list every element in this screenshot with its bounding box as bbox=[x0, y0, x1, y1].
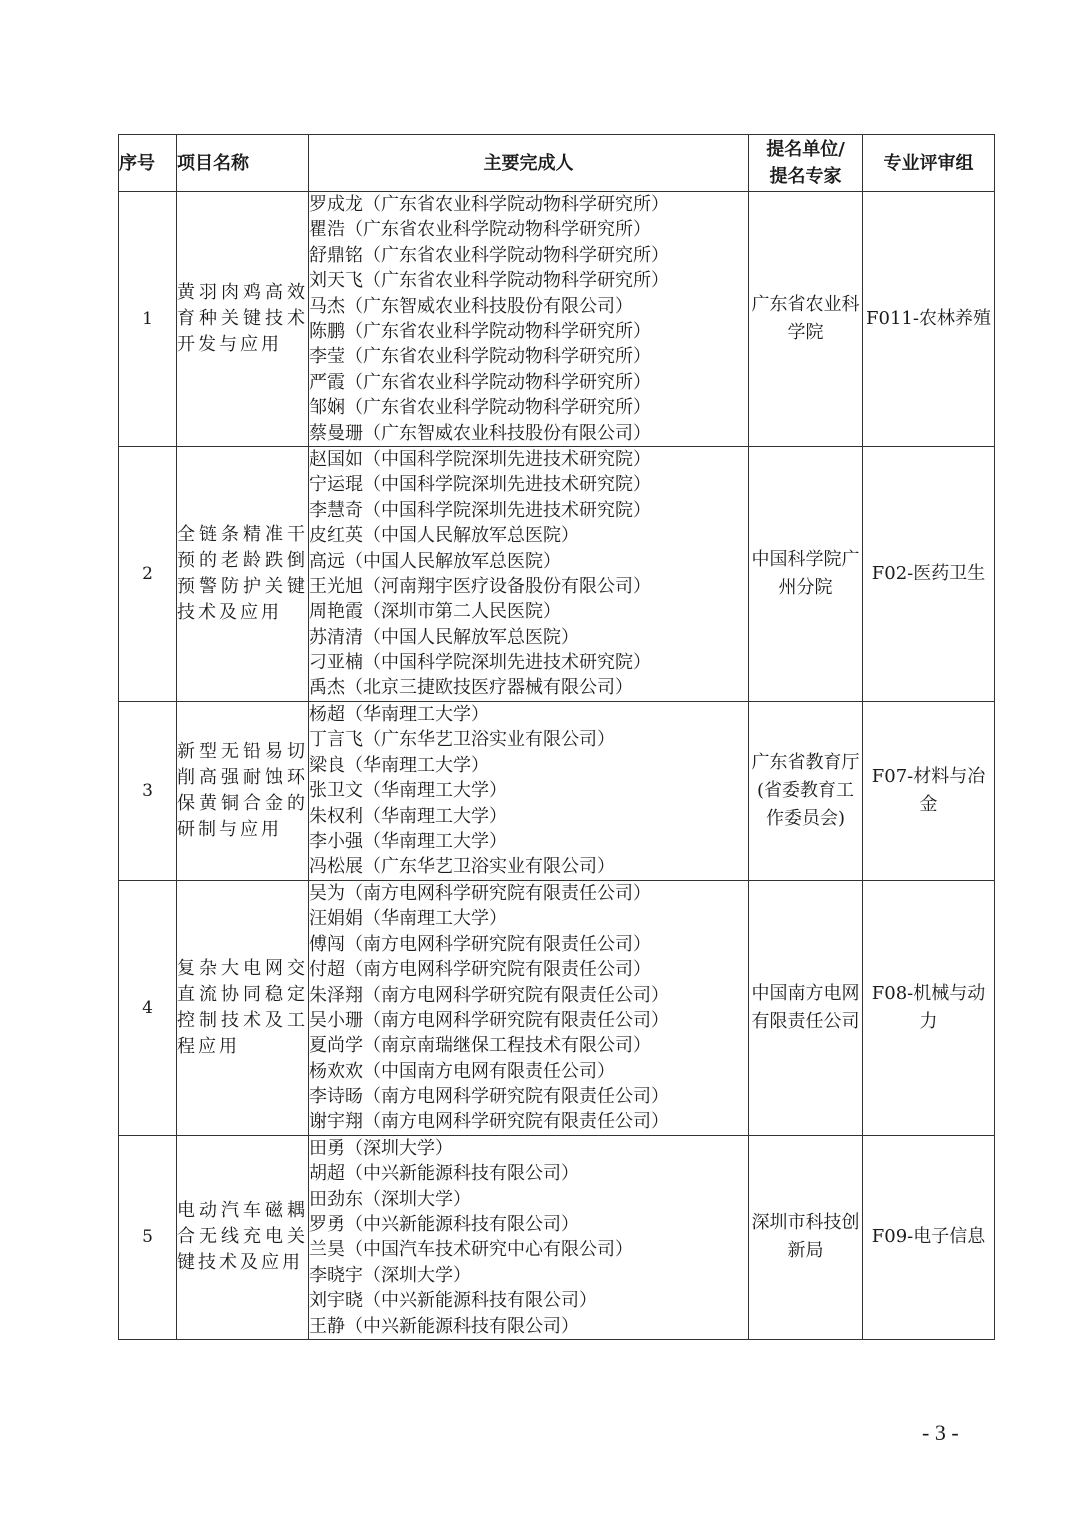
contributor-item: 陈鹏（广东省农业科学院动物科学研究所） bbox=[309, 319, 748, 344]
project-name-cell: 全链条精准干预的老龄跌倒预警防护关键技术及应用 bbox=[177, 446, 309, 701]
contributor-item: 王光旭（河南翔宇医疗设备股份有限公司） bbox=[309, 574, 748, 599]
contributor-item: 李慧奇（中国科学院深圳先进技术研究院） bbox=[309, 498, 748, 523]
contributor-item: 夏尚学（南京南瑞继保工程技术有限公司） bbox=[309, 1033, 748, 1058]
contributors-cell: 田勇（深圳大学）胡超（中兴新能源科技有限公司）田劲东（深圳大学）罗勇（中兴新能源… bbox=[309, 1135, 749, 1339]
project-name-cell: 复杂大电网交直流协同稳定控制技术及工程应用 bbox=[177, 880, 309, 1135]
nominator-cell: 广东省教育厅(省委教育工作委员会) bbox=[749, 701, 863, 880]
contributor-item: 吴为（南方电网科学研究院有限责任公司） bbox=[309, 881, 748, 906]
header-review-group: 专业评审组 bbox=[863, 135, 995, 192]
contributor-item: 张卫文（华南理工大学） bbox=[309, 778, 748, 803]
header-nominator-line2: 提名专家 bbox=[749, 163, 862, 190]
review-group-cell: F011-农林养殖 bbox=[863, 192, 995, 447]
contributors-cell: 杨超（华南理工大学）丁言飞（广东华艺卫浴实业有限公司）梁良（华南理工大学）张卫文… bbox=[309, 701, 749, 880]
table-body: 1黄羽肉鸡高效育种关键技术开发与应用罗成龙（广东省农业科学院动物科学研究所）瞿浩… bbox=[119, 192, 995, 1340]
contributors-cell: 吴为（南方电网科学研究院有限责任公司）汪娟娟（华南理工大学）傅闯（南方电网科学研… bbox=[309, 880, 749, 1135]
contributors-cell: 赵国如（中国科学院深圳先进技术研究院）宁运琨（中国科学院深圳先进技术研究院）李慧… bbox=[309, 446, 749, 701]
contributor-item: 胡超（中兴新能源科技有限公司） bbox=[309, 1161, 748, 1186]
table-row: 2全链条精准干预的老龄跌倒预警防护关键技术及应用赵国如（中国科学院深圳先进技术研… bbox=[119, 446, 995, 701]
review-group-cell: F08-机械与动力 bbox=[863, 880, 995, 1135]
contributor-item: 田劲东（深圳大学） bbox=[309, 1187, 748, 1212]
contributor-item: 舒鼎铭（广东省农业科学院动物科学研究所） bbox=[309, 243, 748, 268]
contributor-item: 朱权利（华南理工大学） bbox=[309, 804, 748, 829]
contributor-item: 蔡曼珊（广东智威农业科技股份有限公司） bbox=[309, 421, 748, 446]
contributor-item: 朱泽翔（南方电网科学研究院有限责任公司） bbox=[309, 983, 748, 1008]
header-project-name: 项目名称 bbox=[177, 135, 309, 192]
project-name-cell: 电动汽车磁耦合无线充电关键技术及应用 bbox=[177, 1135, 309, 1339]
contributor-item: 罗成龙（广东省农业科学院动物科学研究所） bbox=[309, 192, 748, 217]
contributor-item: 瞿浩（广东省农业科学院动物科学研究所） bbox=[309, 217, 748, 242]
header-serial-number: 序号 bbox=[119, 135, 177, 192]
contributor-item: 杨欢欢（中国南方电网有限责任公司） bbox=[309, 1059, 748, 1084]
contributor-item: 严霞（广东省农业科学院动物科学研究所） bbox=[309, 370, 748, 395]
contributor-item: 傅闯（南方电网科学研究院有限责任公司） bbox=[309, 932, 748, 957]
award-project-table: 序号 项目名称 主要完成人 提名单位/ 提名专家 专业评审组 1黄羽肉鸡高效育种… bbox=[118, 134, 995, 1340]
contributor-item: 李莹（广东省农业科学院动物科学研究所） bbox=[309, 344, 748, 369]
contributor-item: 刁亚楠（中国科学院深圳先进技术研究院） bbox=[309, 650, 748, 675]
contributor-item: 马杰（广东智威农业科技股份有限公司） bbox=[309, 294, 748, 319]
contributor-item: 梁良（华南理工大学） bbox=[309, 753, 748, 778]
contributors-cell: 罗成龙（广东省农业科学院动物科学研究所）瞿浩（广东省农业科学院动物科学研究所）舒… bbox=[309, 192, 749, 447]
table-row: 1黄羽肉鸡高效育种关键技术开发与应用罗成龙（广东省农业科学院动物科学研究所）瞿浩… bbox=[119, 192, 995, 447]
table-header-row: 序号 项目名称 主要完成人 提名单位/ 提名专家 专业评审组 bbox=[119, 135, 995, 192]
contributor-item: 李小强（华南理工大学） bbox=[309, 829, 748, 854]
contributor-item: 吴小珊（南方电网科学研究院有限责任公司） bbox=[309, 1008, 748, 1033]
nominator-cell: 广东省农业科学院 bbox=[749, 192, 863, 447]
header-main-contributors: 主要完成人 bbox=[309, 135, 749, 192]
review-group-cell: F02-医药卫生 bbox=[863, 446, 995, 701]
contributor-item: 皮红英（中国人民解放军总医院） bbox=[309, 523, 748, 548]
serial-number-cell: 3 bbox=[119, 701, 177, 880]
contributor-item: 宁运琨（中国科学院深圳先进技术研究院） bbox=[309, 472, 748, 497]
contributor-item: 周艳霞（深圳市第二人民医院） bbox=[309, 599, 748, 624]
contributor-item: 汪娟娟（华南理工大学） bbox=[309, 906, 748, 931]
project-name-cell: 黄羽肉鸡高效育种关键技术开发与应用 bbox=[177, 192, 309, 447]
contributor-item: 赵国如（中国科学院深圳先进技术研究院） bbox=[309, 447, 748, 472]
contributor-item: 李诗旸（南方电网科学研究院有限责任公司） bbox=[309, 1084, 748, 1109]
nominator-cell: 中国南方电网有限责任公司 bbox=[749, 880, 863, 1135]
table-row: 4复杂大电网交直流协同稳定控制技术及工程应用吴为（南方电网科学研究院有限责任公司… bbox=[119, 880, 995, 1135]
contributor-item: 田勇（深圳大学） bbox=[309, 1136, 748, 1161]
contributor-item: 兰昊（中国汽车技术研究中心有限公司） bbox=[309, 1237, 748, 1262]
table-row: 3新型无铅易切削高强耐蚀环保黄铜合金的研制与应用杨超（华南理工大学）丁言飞（广东… bbox=[119, 701, 995, 880]
contributor-item: 王静（中兴新能源科技有限公司） bbox=[309, 1314, 748, 1339]
nominator-cell: 中国科学院广州分院 bbox=[749, 446, 863, 701]
page-number: - 3 - bbox=[922, 1420, 959, 1446]
nominator-cell: 深圳市科技创新局 bbox=[749, 1135, 863, 1339]
contributor-item: 高远（中国人民解放军总医院） bbox=[309, 549, 748, 574]
contributor-item: 谢宇翔（南方电网科学研究院有限责任公司） bbox=[309, 1109, 748, 1134]
contributor-item: 杨超（华南理工大学） bbox=[309, 702, 748, 727]
contributor-item: 刘宇晓（中兴新能源科技有限公司） bbox=[309, 1288, 748, 1313]
header-nominator: 提名单位/ 提名专家 bbox=[749, 135, 863, 192]
project-name-cell: 新型无铅易切削高强耐蚀环保黄铜合金的研制与应用 bbox=[177, 701, 309, 880]
contributor-item: 罗勇（中兴新能源科技有限公司） bbox=[309, 1212, 748, 1237]
contributor-item: 刘天飞（广东省农业科学院动物科学研究所） bbox=[309, 268, 748, 293]
serial-number-cell: 4 bbox=[119, 880, 177, 1135]
contributor-item: 付超（南方电网科学研究院有限责任公司） bbox=[309, 957, 748, 982]
table-row: 5电动汽车磁耦合无线充电关键技术及应用田勇（深圳大学）胡超（中兴新能源科技有限公… bbox=[119, 1135, 995, 1339]
review-group-cell: F07-材料与冶金 bbox=[863, 701, 995, 880]
contributor-item: 丁言飞（广东华艺卫浴实业有限公司） bbox=[309, 727, 748, 752]
contributor-item: 邹娴（广东省农业科学院动物科学研究所） bbox=[309, 395, 748, 420]
contributor-item: 苏清清（中国人民解放军总医院） bbox=[309, 625, 748, 650]
serial-number-cell: 1 bbox=[119, 192, 177, 447]
serial-number-cell: 5 bbox=[119, 1135, 177, 1339]
header-nominator-line1: 提名单位/ bbox=[749, 136, 862, 163]
contributor-item: 冯松展（广东华艺卫浴实业有限公司） bbox=[309, 854, 748, 879]
contributor-item: 禹杰（北京三捷欧技医疗器械有限公司） bbox=[309, 675, 748, 700]
review-group-cell: F09-电子信息 bbox=[863, 1135, 995, 1339]
serial-number-cell: 2 bbox=[119, 446, 177, 701]
contributor-item: 李晓宇（深圳大学） bbox=[309, 1263, 748, 1288]
